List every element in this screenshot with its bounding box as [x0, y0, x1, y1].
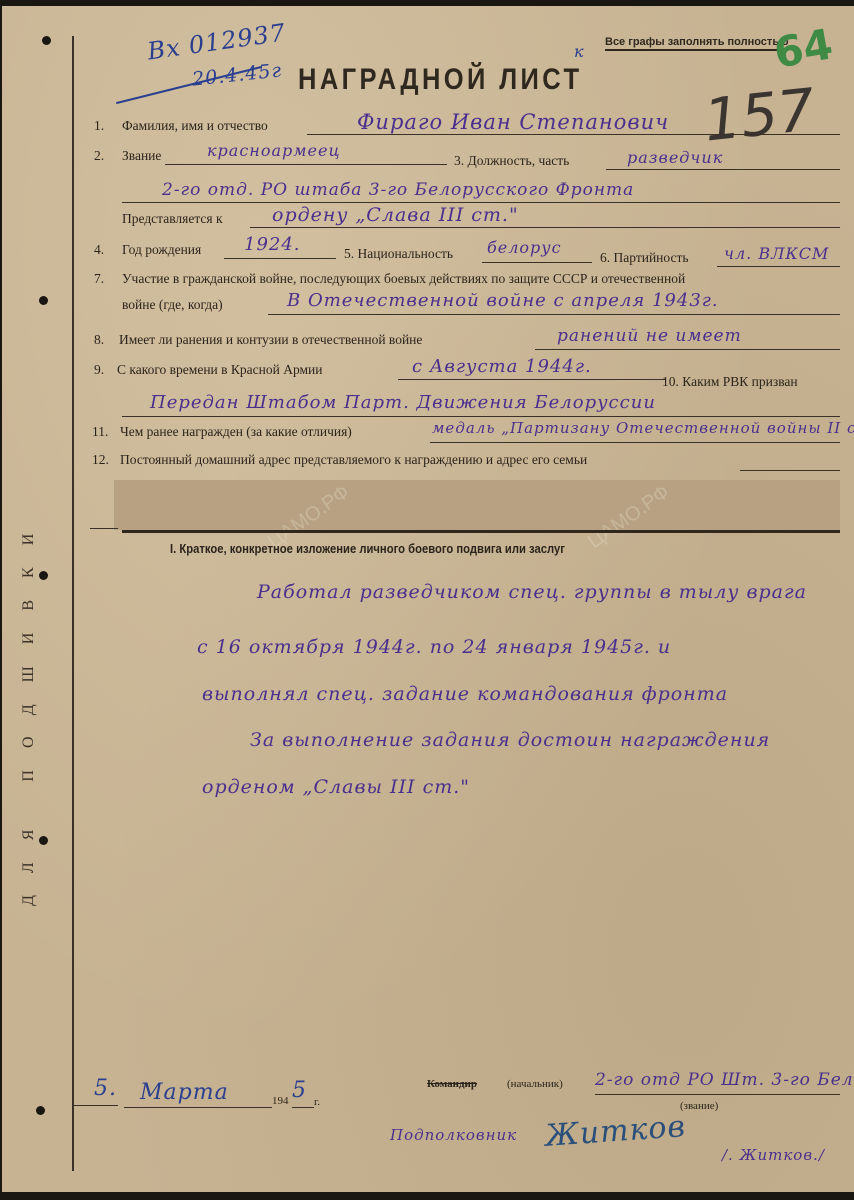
punch-hole — [36, 1106, 45, 1115]
merit-line-5: орденом „Славы III ст." — [202, 776, 470, 798]
field-5-underline — [482, 262, 592, 263]
field-4-underline — [224, 258, 336, 259]
commander-unit: 2-го отд РО Шт. 3-го Бел. Фр — [595, 1070, 854, 1090]
document-title: НАГРАДНОЙ ЛИСТ — [298, 63, 582, 97]
date-day: 5. — [94, 1076, 117, 1101]
field-11-label: Чем ранее награжден (за какие отличия) — [120, 424, 352, 440]
incoming-number: Вх 012937 — [146, 18, 288, 65]
top-instruction: Все графы заполнять полностью — [605, 36, 788, 51]
field-9-number: 9. — [94, 362, 104, 378]
merit-line-2: с 16 октября 1944г. по 24 января 1945г. … — [197, 636, 671, 658]
field-1-underline — [307, 134, 840, 135]
field-12-underline — [740, 470, 840, 471]
corner-mark: к — [574, 42, 585, 61]
date-day-underline — [74, 1105, 118, 1106]
binding-margin-label: ДЛЯ ПОДШИВКИ — [20, 512, 38, 906]
field-5-label-text: Национальность — [358, 246, 454, 261]
field-3-label: 3. Должность, часть — [454, 153, 569, 169]
field-8-number: 8. — [94, 332, 104, 348]
field-3-value: разведчик — [627, 148, 723, 167]
field-5-value: белорус — [487, 238, 562, 257]
date-year-underline — [292, 1107, 314, 1108]
field-2-value: красноармеец — [207, 141, 341, 160]
rank-caption: (звание) — [680, 1100, 718, 1112]
commander-label-struck: Командир — [427, 1078, 477, 1090]
field-12-label: Постоянный домашний адрес представляемог… — [120, 452, 587, 468]
field-6-number: 6. — [600, 250, 610, 265]
date-month: Марта — [140, 1080, 229, 1105]
field-3-number: 3. — [454, 153, 464, 168]
field-8-value: ранений не имеет — [557, 326, 742, 346]
commander-underline — [595, 1094, 840, 1095]
field-10-label: 10. Каким РВК призван — [662, 374, 798, 390]
field-7-label-cont: войне (где, когда) — [122, 297, 223, 313]
signer-name: /. Житков./ — [722, 1146, 825, 1164]
field-1-label: Фамилия, имя и отчество — [122, 118, 268, 134]
field-4-value: 1924. — [244, 234, 301, 255]
green-number: 64 — [770, 19, 836, 77]
date-suffix: г. — [314, 1096, 320, 1108]
field-6-label-text: Партийность — [614, 250, 689, 265]
field-10-value: Передан Штабом Парт. Движения Белоруссии — [150, 392, 656, 413]
merit-line-3: выполнял спец. задание командования фрон… — [202, 683, 728, 705]
binding-margin-rule — [72, 36, 74, 1171]
punch-hole — [39, 571, 48, 580]
field-5-label: 5. Национальность — [344, 246, 453, 262]
field-6-value: чл. ВЛКСМ — [724, 244, 829, 263]
pencil-number: 157 — [701, 75, 818, 154]
field-3-continuation-underline — [122, 202, 840, 203]
incoming-date: 20.4.45г — [191, 59, 283, 90]
field-2-label: Звание — [122, 148, 161, 164]
date-month-underline — [124, 1107, 272, 1108]
field-1-value: Фираго Иван Степанович — [357, 110, 669, 134]
merit-line-1: Работал разведчиком спец. группы в тылу … — [257, 581, 807, 603]
nominated-for-label: Представляется к — [122, 211, 223, 227]
field-7-value: В Отечественной войне с апреля 1943г. — [287, 290, 719, 311]
section-heading: I. Краткое, конкретное изложение личного… — [170, 542, 565, 556]
nominated-for-underline — [250, 227, 840, 228]
commander-label: (начальник) — [507, 1078, 563, 1090]
field-3-underline — [606, 169, 840, 170]
field-10-underline — [122, 416, 840, 417]
field-3-label-text: Должность, часть — [468, 153, 570, 168]
field-2-underline — [165, 164, 447, 165]
punch-hole — [42, 36, 51, 45]
field-9-underline — [398, 379, 666, 380]
field-10-label-text: Каким РВК призван — [682, 374, 797, 389]
field-12-number: 12. — [92, 452, 109, 468]
award-sheet-page: ДЛЯ ПОДШИВКИ Вх 012937 20.4.45г НАГРАДНО… — [2, 6, 854, 1192]
field-1-number: 1. — [94, 118, 104, 134]
field-9-value: с Августа 1944г. — [412, 356, 592, 377]
date-year-suffix: 5 — [292, 1078, 307, 1103]
field-7-number: 7. — [94, 271, 104, 287]
field-11-underline — [430, 442, 840, 443]
field-4-label: Год рождения — [122, 242, 201, 258]
signer-rank: Подполковник — [390, 1126, 517, 1144]
field-8-label: Имеет ли ранения и контузии в отечествен… — [119, 332, 422, 348]
field-5-number: 5. — [344, 246, 354, 261]
short-rule — [90, 528, 118, 529]
signature: Житков — [544, 1109, 687, 1154]
redacted-address-block — [114, 480, 840, 530]
punch-hole — [39, 836, 48, 845]
field-8-underline — [535, 349, 840, 350]
field-2-number: 2. — [94, 148, 104, 164]
field-10-number: 10. — [662, 374, 679, 389]
date-year-prefix: 194 — [272, 1095, 289, 1107]
punch-hole — [39, 296, 48, 305]
field-11-number: 11. — [92, 424, 108, 440]
field-4-number: 4. — [94, 242, 104, 258]
field-3-continuation: 2-го отд. РО штаба 3-го Белорусского Фро… — [162, 180, 634, 200]
field-9-label: С какого времени в Красной Армии — [117, 362, 323, 378]
field-7-label: Участие в гражданской войне, последующих… — [122, 271, 685, 287]
section-divider — [122, 530, 840, 533]
field-6-label: 6. Партийность — [600, 250, 689, 266]
field-6-underline — [717, 266, 840, 267]
nominated-for-value: ордену „Слава III ст." — [272, 204, 519, 226]
field-11-value: медаль „Партизану Отечественной войны II… — [432, 419, 854, 437]
field-7-underline — [268, 314, 840, 315]
merit-line-4: За выполнение задания достоин награждени… — [250, 729, 770, 751]
